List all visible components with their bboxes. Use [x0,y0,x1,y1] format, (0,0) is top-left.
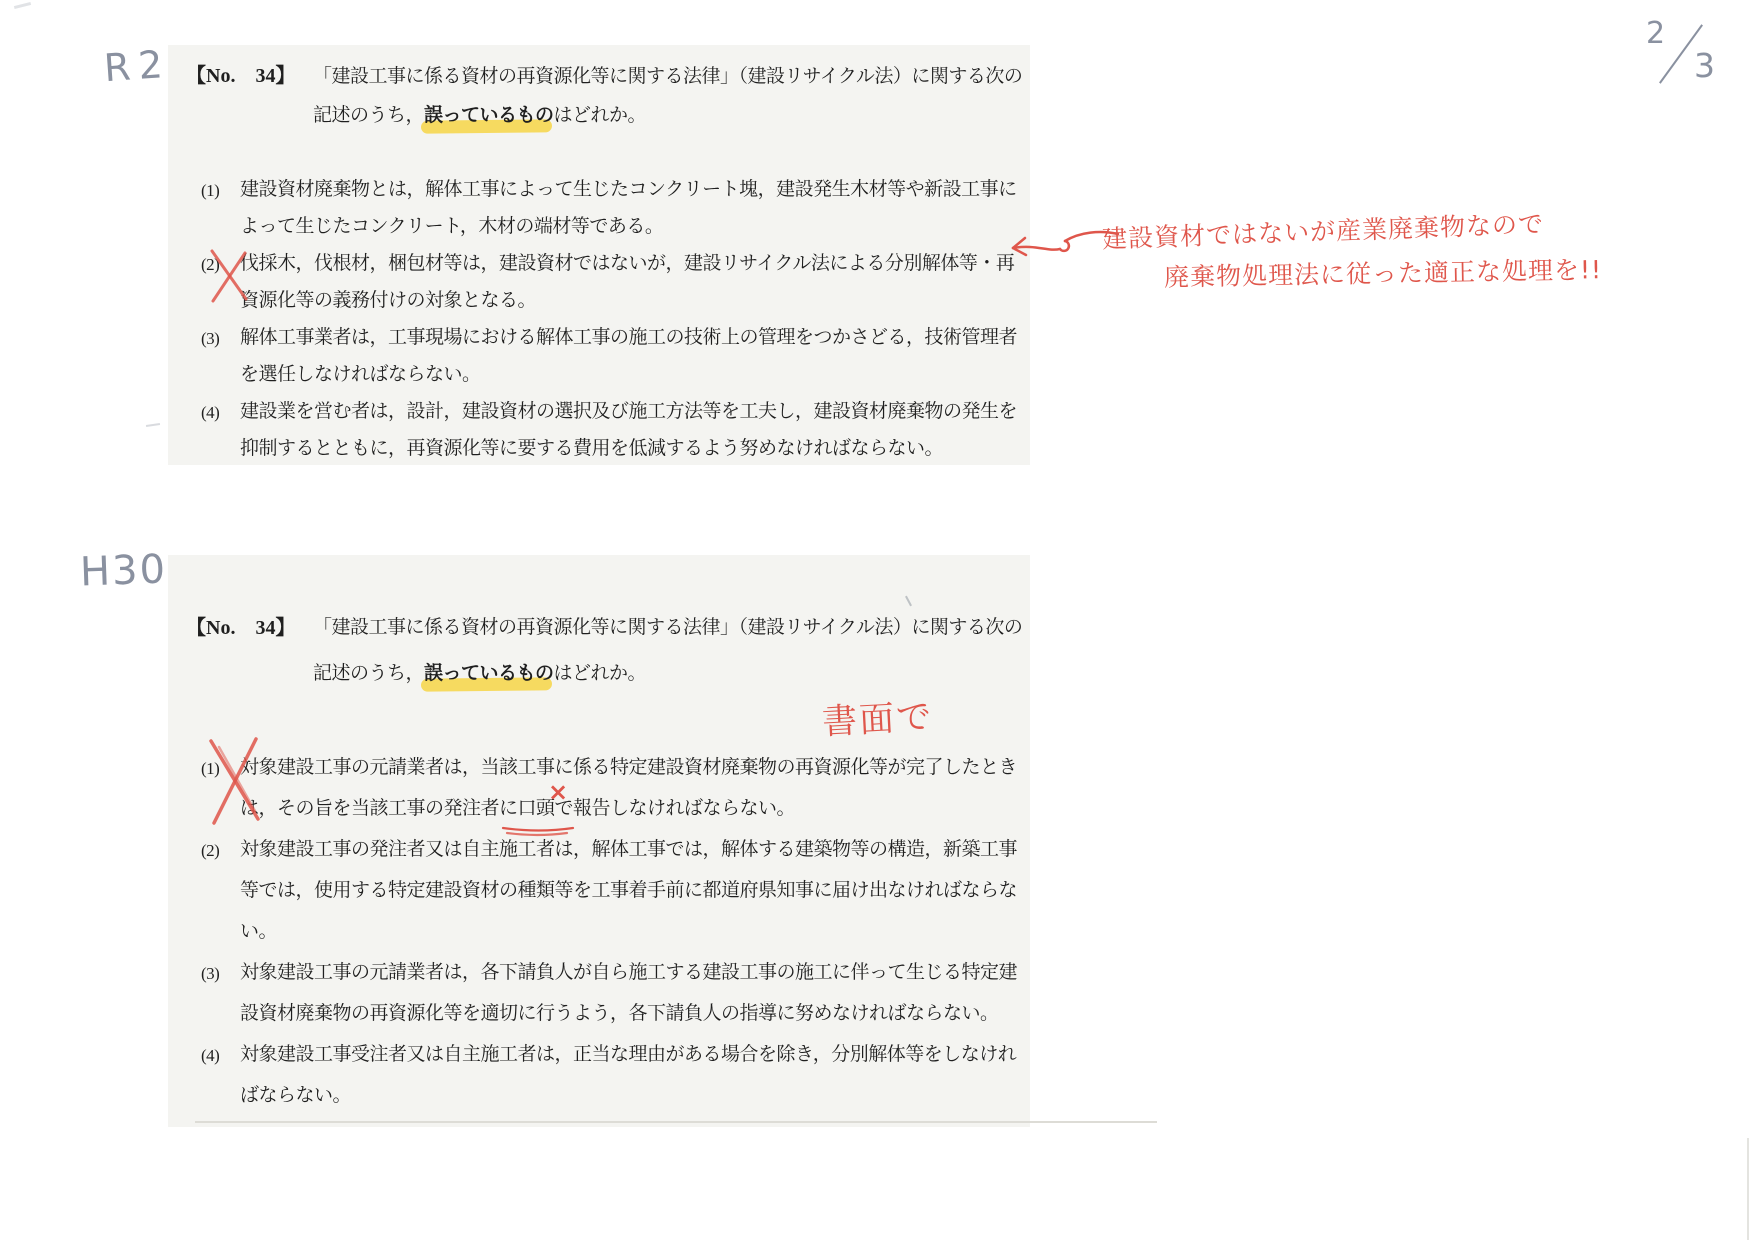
choice-3-line-1: (3)対象建設工事の元請業者は，各下請負人が自ら施工する建設工事の施工に伴って生… [168,952,1030,993]
page-number-numerator: 2 [1646,16,1665,51]
page-number-denominator: 3 [1694,46,1715,85]
choice-3-line-2: 設資材廃棄物の再資源化等を適切に行うよう，各下請負人の指導に努めなければならない… [168,993,1030,1034]
question-line-2: 記述のうち，誤っているものはどれか。 [313,96,1022,135]
choice-3-line-1: (3)解体工事業者は，工事現場における解体工事の施工の技術上の管理をつかさどる，… [168,319,1030,356]
red-cross-mark-q2-choice1 [203,733,267,829]
scan-edge-line-right [1747,1138,1749,1240]
scan-edge-line [195,1121,1157,1123]
question-panel-r2: 【No. 34】 「建設工事に係る資材の再資源化等に関する法律」（建設リサイクル… [168,45,1030,465]
choice-1-line-1: (1)建設資材廃棄物とは，解体工事によって生じたコンクリート塊，建設発生木材等や… [168,171,1030,208]
highlighted-phrase: 誤っているもの [424,663,554,684]
question-number: 【No. 34】 [186,605,296,651]
question-header: 【No. 34】 「建設工事に係る資材の再資源化等に関する法律」（建設リサイクル… [168,555,1030,697]
highlighted-phrase: 誤っているもの [424,105,554,126]
handwritten-note-line-1: 建設資材ではないが産業廃棄物なので [1102,204,1545,255]
choice-1-line-2: は，その旨を当該工事の発注者に口頭で報告しなければならない。 [168,788,1030,829]
question-number: 【No. 34】 [186,57,296,96]
pencil-dash [146,423,160,427]
choice-list: (1)対象建設工事の元請業者は，当該工事に係る特定建設資材廃棄物の再資源化等が完… [168,747,1030,1116]
choice-4-line-2: ばならない。 [168,1075,1030,1116]
red-cross-mark-q1-choice2 [206,246,252,304]
question-header: 【No. 34】 「建設工事に係る資材の再資源化等に関する法律」（建設リサイクル… [168,45,1030,135]
choice-1-line-1: (1)対象建設工事の元請業者は，当該工事に係る特定建設資材廃棄物の再資源化等が完… [168,747,1030,788]
choice-4-line-1: (4)対象建設工事受注者又は自主施工者は，正当な理由がある場合を除き，分別解体等… [168,1034,1030,1075]
choice-2-line-1: (2)対象建設工事の発注者又は自主施工者は，解体工事では，解体する建築物等の構造… [168,829,1030,870]
handwritten-year-label-r2: R2 [103,42,173,91]
question-line-1: 「建設工事に係る資材の再資源化等に関する法律」（建設リサイクル法）に関する次の [313,57,1022,96]
red-underline-kotou [501,824,577,838]
choice-2-line-2: 等では，使用する特定建設資材の種類等を工事着手前に都道府県知事に届け出なければな… [168,870,1030,911]
choice-1-line-2: よって生じたコンクリート，木材の端材等である。 [168,208,1030,245]
question-line-1: 「建設工事に係る資材の再資源化等に関する法律」（建設リサイクル法）に関する次の [313,605,1022,651]
choice-2-line-3: い。 [168,911,1030,952]
question-panel-h30: 【No. 34】 「建設工事に係る資材の再資源化等に関する法律」（建設リサイクル… [168,555,1030,1127]
question-text: 「建設工事に係る資材の再資源化等に関する法律」（建設リサイクル法）に関する次の … [313,57,1022,135]
red-x-over-word: × [548,778,568,806]
handwritten-note-line-2: 廃棄物処理法に従った適正な処理を!! [1164,250,1603,294]
choice-list: (1)建設資材廃棄物とは，解体工事によって生じたコンクリート塊，建設発生木材等や… [168,171,1030,465]
choice-3-line-2: を選任しなければならない。 [168,356,1030,393]
handwritten-page-number: 2 3 [1632,10,1732,100]
question-text: 「建設工事に係る資材の再資源化等に関する法律」（建設リサイクル法）に関する次の … [313,605,1022,697]
scanned-exam-page: 【No. 34】 「建設工事に係る資材の再資源化等に関する法律」（建設リサイクル… [0,0,1753,1240]
choice-4-line-2: 抑制するとともに，再資源化等に要する費用を低減するよう努めなければならない。 [168,430,1030,465]
choice-2-line-1: (2)伐採木，伐根材，梱包材等は，建設資材ではないが，建設リサイクル法による分別… [168,245,1030,282]
handwritten-year-label-h30: H30 [79,546,168,595]
choice-2-line-2: 資源化等の義務付けの対象となる。 [168,282,1030,319]
choice-4-line-1: (4)建設業を営む者は，設計，建設資材の選択及び施工方法等を工夫し，建設資材廃棄… [168,393,1030,430]
scan-artifact [14,2,31,9]
handwritten-correction-shomen: 書面で [821,689,934,745]
